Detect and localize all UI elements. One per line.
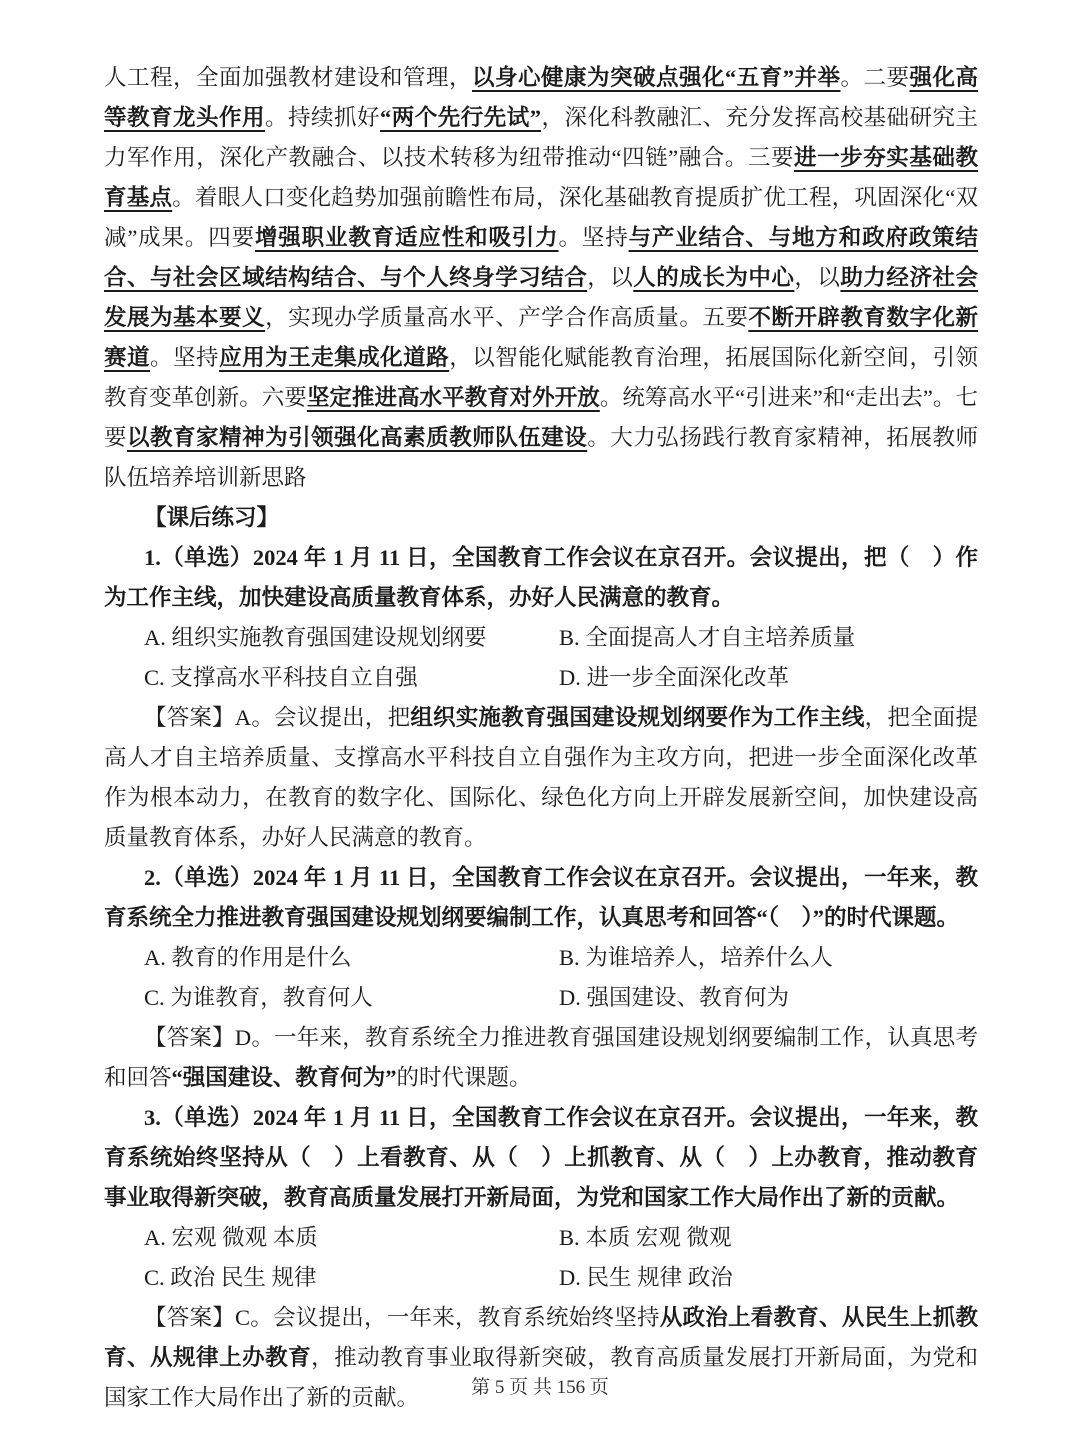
document-page: 人工程，全面加强教材建设和管理，以身心健康为突破点强化“五育”并举。二要强化高等… [104, 58, 978, 1418]
question-2-option-a: A. 教育的作用是什么 [144, 938, 559, 978]
text-run: “强国建设、教育何为” [172, 1065, 397, 1090]
text-run: 。二要 [840, 65, 909, 90]
question-3-options-row-1: A. 宏观 微观 本质 B. 本质 宏观 微观 [104, 1218, 978, 1258]
question-3-stem: 3.（单选）2024 年 1 月 11 日，全国教育工作会议在京召开。会议提出，… [104, 1098, 978, 1218]
question-2-options-row-1: A. 教育的作用是什么 B. 为谁培养人，培养什么人 [104, 938, 978, 978]
question-3-option-b: B. 本质 宏观 微观 [559, 1218, 978, 1258]
question-1-options-row-1: A. 组织实施教育强国建设规划纲要 B. 全面提高人才自主培养质量 [104, 618, 978, 658]
question-2-option-b: B. 为谁培养人，培养什么人 [559, 938, 978, 978]
text-run: 的时代课题。 [397, 1065, 532, 1090]
text-run: 人工程，全面加强教材建设和管理， [104, 65, 472, 90]
text-run: 【答案】A。会议提出，把 [144, 705, 410, 730]
question-2-options-row-2: C. 为谁教育，教育何人 D. 强国建设、教育何为 [104, 978, 978, 1018]
text-run: 【答案】C。会议提出，一年来，教育系统始终坚持 [144, 1305, 660, 1330]
text-run: 坚定推进高水平教育对外开放 [307, 385, 600, 410]
policy-summary-paragraph: 人工程，全面加强教材建设和管理，以身心健康为突破点强化“五育”并举。二要强化高等… [104, 58, 978, 498]
text-run: 。坚持 [150, 345, 219, 370]
text-run: 组织实施教育强国建设规划纲要作为工作主线 [410, 705, 864, 730]
text-run: 增强职业教育适应性和吸引力 [255, 225, 559, 250]
question-1-stem: 1.（单选）2024 年 1 月 11 日，全国教育工作会议在京召开。会议提出，… [104, 538, 978, 618]
document-root: { "page": { "footer": "第 5 页 共 156 页", "… [0, 0, 1080, 1440]
question-2-option-d: D. 强国建设、教育何为 [559, 978, 978, 1018]
question-2-stem: 2.（单选）2024 年 1 月 11 日，全国教育工作会议在京召开。会议提出，… [104, 858, 978, 938]
text-run: 应用为王走集成化道路 [219, 345, 449, 370]
question-1-options-row-2: C. 支撑高水平科技自立自强 D. 进一步全面深化改革 [104, 658, 978, 698]
question-1-option-b: B. 全面提高人才自主培养质量 [559, 618, 978, 658]
text-run: “两个先行先试” [380, 105, 541, 130]
question-1-answer: 【答案】A。会议提出，把组织实施教育强国建设规划纲要作为工作主线，把全面提高人才… [104, 698, 978, 858]
question-3-options-row-2: C. 政治 民生 规律 D. 民生 规律 政治 [104, 1258, 978, 1298]
page-footer: 第 5 页 共 156 页 [0, 1374, 1080, 1402]
section-title: 【课后练习】 [104, 498, 978, 538]
question-2-option-c: C. 为谁教育，教育何人 [144, 978, 559, 1018]
question-2-answer: 【答案】D。一年来，教育系统全力推进教育强国建设规划纲要编制工作，认真思考和回答… [104, 1018, 978, 1098]
text-run: 人的成长为中心 [633, 265, 794, 290]
question-1-option-c: C. 支撑高水平科技自立自强 [144, 658, 559, 698]
text-run: ，以 [587, 265, 633, 290]
text-run: ，实现办学质量高水平、产学合作高质量。五要 [265, 305, 748, 330]
question-3-option-c: C. 政治 民生 规律 [144, 1258, 559, 1298]
text-run: 。持续抓好 [265, 105, 380, 130]
text-run: 以身心健康为突破点强化“五育”并举 [472, 65, 840, 90]
question-1-option-d: D. 进一步全面深化改革 [559, 658, 978, 698]
question-3-option-a: A. 宏观 微观 本质 [144, 1218, 559, 1258]
question-3-option-d: D. 民生 规律 政治 [559, 1258, 978, 1298]
text-run: 以教育家精神为引领强化高素质教师队伍建设 [127, 425, 587, 450]
text-run: 。坚持 [559, 225, 629, 250]
question-1-option-a: A. 组织实施教育强国建设规划纲要 [144, 618, 559, 658]
text-run: ，以 [794, 265, 840, 290]
